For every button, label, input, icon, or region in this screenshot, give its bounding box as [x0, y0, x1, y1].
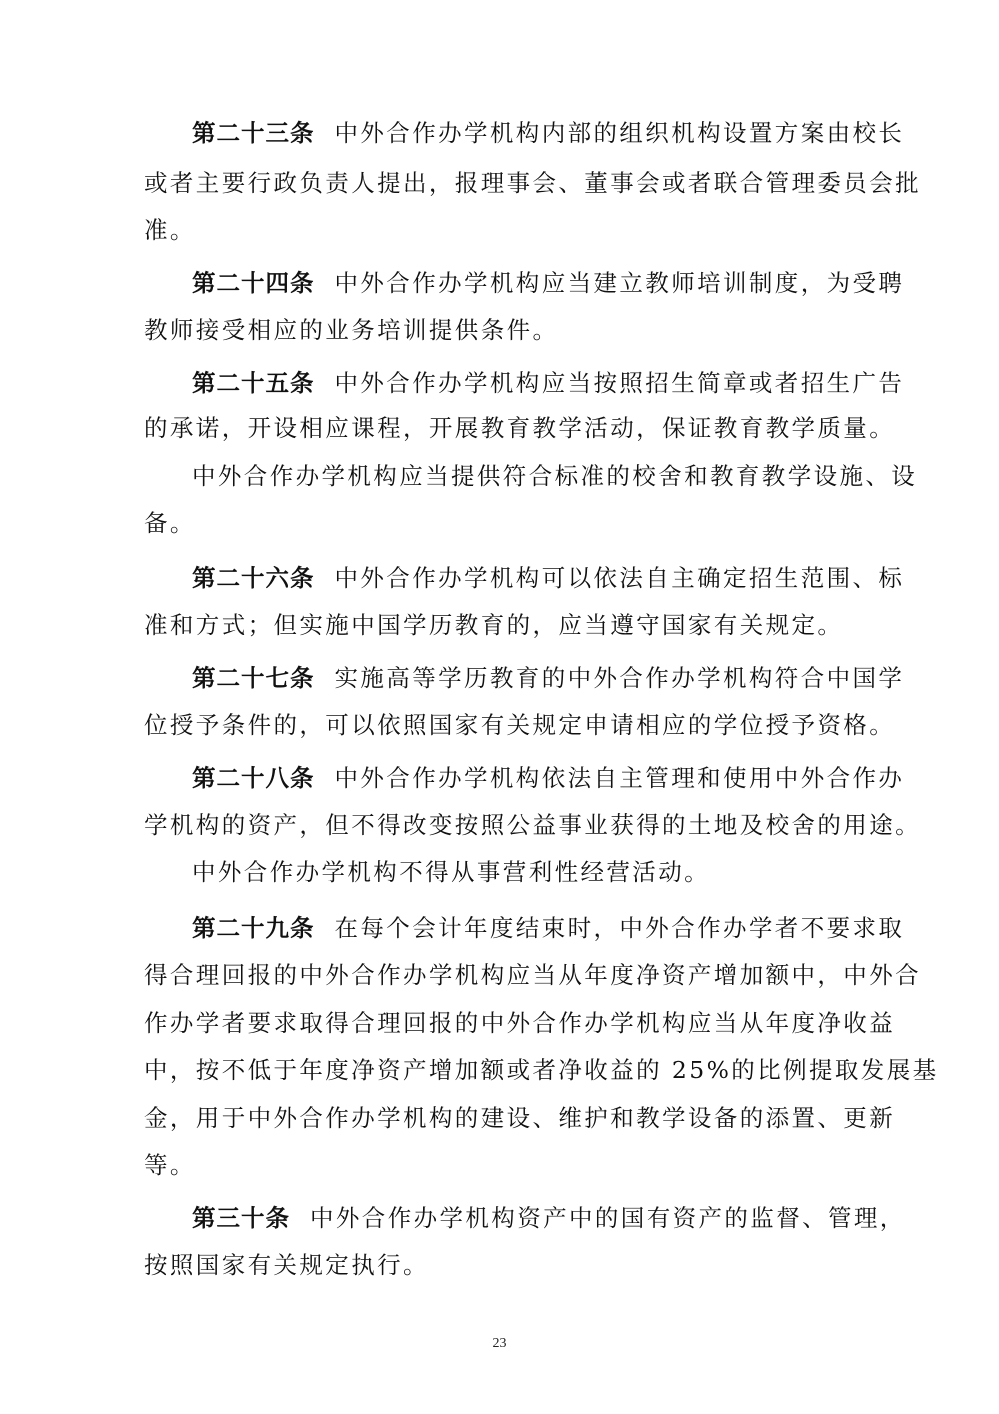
article-28-line-3: 中外合作办学机构不得从事营利性经营活动。 — [192, 857, 902, 887]
article-24-line-1: 第二十四条中外合作办学机构应当建立教师培训制度，为受聘 — [192, 268, 902, 298]
article-30-line-1: 第三十条中外合作办学机构资产中的国有资产的监督、管理， — [192, 1203, 902, 1233]
article-25-line-4: 备。 — [144, 508, 854, 538]
article-30-line-2: 按照国家有关规定执行。 — [144, 1250, 854, 1280]
article-number: 第二十六条 — [192, 564, 315, 592]
article-number: 第三十条 — [192, 1204, 290, 1232]
article-number: 第二十四条 — [192, 269, 315, 297]
article-27-line-2: 位授予条件的，可以依照国家有关规定申请相应的学位授予资格。 — [144, 710, 854, 740]
article-number: 第二十五条 — [192, 369, 315, 397]
article-29-line-2: 得合理回报的中外合作办学机构应当从年度净资产增加额中，中外合 — [144, 960, 854, 990]
article-28-line-2: 学机构的资产，但不得改变按照公益事业获得的土地及校舍的用途。 — [144, 810, 854, 840]
article-25-line-3: 中外合作办学机构应当提供符合标准的校舍和教育教学设施、设 — [192, 461, 902, 491]
article-23-line-1: 第二十三条中外合作办学机构内部的组织机构设置方案由校长 — [192, 118, 902, 148]
article-text: 实施高等学历教育的中外合作办学机构符合中国学 — [335, 664, 905, 692]
page-number: 23 — [0, 1336, 999, 1352]
article-text: 中外合作办学机构可以依法自主确定招生范围、标 — [335, 564, 905, 592]
article-29-line-4: 中，按不低于年度净资产增加额或者净收益的 25%的比例提取发展基 — [144, 1055, 854, 1085]
article-29-line-1: 第二十九条在每个会计年度结束时，中外合作办学者不要求取 — [192, 913, 902, 943]
article-text: 中外合作办学机构资产中的国有资产的监督、管理， — [310, 1204, 906, 1232]
article-25-line-1: 第二十五条中外合作办学机构应当按照招生简章或者招生广告 — [192, 368, 902, 398]
article-text: 中外合作办学机构应当按照招生简章或者招生广告 — [335, 369, 905, 397]
article-number: 第二十九条 — [192, 914, 315, 942]
article-number: 第二十三条 — [192, 119, 315, 147]
document-page: 第二十三条中外合作办学机构内部的组织机构设置方案由校长 或者主要行政负责人提出，… — [0, 0, 999, 1414]
article-29-line-3: 作办学者要求取得合理回报的中外合作办学机构应当从年度净收益 — [144, 1008, 854, 1038]
article-29-line-6: 等。 — [144, 1150, 854, 1180]
article-26-line-2: 准和方式；但实施中国学历教育的，应当遵守国家有关规定。 — [144, 610, 854, 640]
article-text: 在每个会计年度结束时，中外合作办学者不要求取 — [335, 914, 905, 942]
article-23-line-3: 准。 — [144, 215, 854, 245]
article-27-line-1: 第二十七条实施高等学历教育的中外合作办学机构符合中国学 — [192, 663, 902, 693]
article-number: 第二十七条 — [192, 664, 315, 692]
article-text: 中外合作办学机构内部的组织机构设置方案由校长 — [335, 119, 905, 147]
article-23-line-2: 或者主要行政负责人提出，报理事会、董事会或者联合管理委员会批 — [144, 168, 854, 198]
article-29-line-5: 金，用于中外合作办学机构的建设、维护和教学设备的添置、更新 — [144, 1103, 854, 1133]
article-text: 中外合作办学机构依法自主管理和使用中外合作办 — [335, 764, 905, 792]
article-number: 第二十八条 — [192, 764, 315, 792]
article-25-line-2: 的承诺，开设相应课程，开展教育教学活动，保证教育教学质量。 — [144, 413, 854, 443]
article-28-line-1: 第二十八条中外合作办学机构依法自主管理和使用中外合作办 — [192, 763, 902, 793]
article-26-line-1: 第二十六条中外合作办学机构可以依法自主确定招生范围、标 — [192, 563, 902, 593]
article-text: 中外合作办学机构应当建立教师培训制度，为受聘 — [335, 269, 905, 297]
article-24-line-2: 教师接受相应的业务培训提供条件。 — [144, 315, 854, 345]
